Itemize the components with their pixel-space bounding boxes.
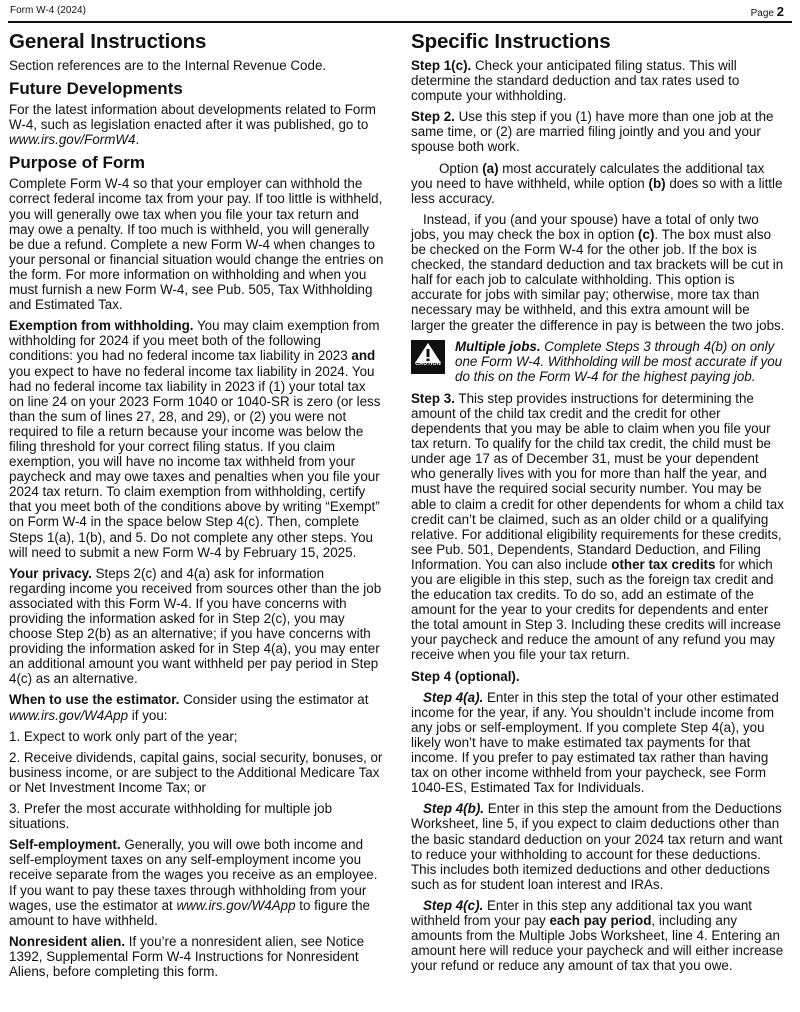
section-references: Section references are to the Internal R… bbox=[9, 58, 384, 73]
nonresident-paragraph: Nonresident alien. If you’re a nonreside… bbox=[9, 934, 384, 979]
caution-box: CAUTION Multiple jobs. Complete Steps 3 … bbox=[411, 339, 786, 384]
step2-paragraph: Step 2. Use this step if you (1) have mo… bbox=[411, 109, 786, 154]
page-header: Form W-4 (2024) Page 2 bbox=[8, 0, 792, 23]
page-indicator: Page 2 bbox=[751, 4, 784, 19]
form-id: Form W-4 (2024) bbox=[10, 5, 86, 16]
step3-paragraph: Step 3. This step provides instructions … bbox=[411, 391, 786, 663]
right-column: Specific Instructions Step 1(c). Check y… bbox=[411, 30, 786, 979]
caution-text: Multiple jobs. Complete Steps 3 through … bbox=[455, 339, 786, 384]
w4app-link[interactable]: www.irs.gov/W4App bbox=[9, 708, 128, 723]
list-item: 1. Expect to work only part of the year; bbox=[9, 729, 384, 744]
list-item: 3. Prefer the most accurate withholding … bbox=[9, 801, 384, 831]
future-developments-title: Future Developments bbox=[9, 79, 384, 99]
page-number: 2 bbox=[777, 4, 784, 19]
purpose-text: Complete Form W-4 so that your employer … bbox=[9, 176, 384, 312]
estimator-paragraph: When to use the estimator. Consider usin… bbox=[9, 692, 384, 722]
step4-title: Step 4 (optional). bbox=[411, 669, 786, 684]
w4app-link[interactable]: www.irs.gov/W4App bbox=[176, 898, 295, 913]
list-item: 2. Receive dividends, capital gains, soc… bbox=[9, 750, 384, 795]
privacy-paragraph: Your privacy. Steps 2(c) and 4(a) ask fo… bbox=[9, 566, 384, 687]
general-instructions-title: General Instructions bbox=[9, 30, 384, 54]
step4a-paragraph: Step 4(a). Enter in this step the total … bbox=[411, 690, 786, 796]
specific-instructions-title: Specific Instructions bbox=[411, 30, 786, 54]
left-column: General Instructions Section references … bbox=[9, 30, 384, 985]
future-developments-text: For the latest information about develop… bbox=[9, 102, 384, 147]
exemption-paragraph: Exemption from withholding. You may clai… bbox=[9, 318, 384, 560]
option-a-paragraph: Option (a) most accurately calculates th… bbox=[411, 161, 786, 206]
formw4-link[interactable]: www.irs.gov/FormW4 bbox=[9, 132, 135, 147]
step4b-paragraph: Step 4(b). Enter in this step the amount… bbox=[411, 801, 786, 892]
step4c-paragraph: Step 4(c). Enter in this step any additi… bbox=[411, 898, 786, 973]
step1c-paragraph: Step 1(c). Check your anticipated filing… bbox=[411, 58, 786, 103]
self-employment-paragraph: Self-employment. Generally, you will owe… bbox=[9, 837, 384, 928]
option-c-paragraph: Instead, if you (and your spouse) have a… bbox=[411, 212, 786, 333]
purpose-title: Purpose of Form bbox=[9, 153, 384, 173]
caution-icon: CAUTION bbox=[411, 340, 445, 374]
